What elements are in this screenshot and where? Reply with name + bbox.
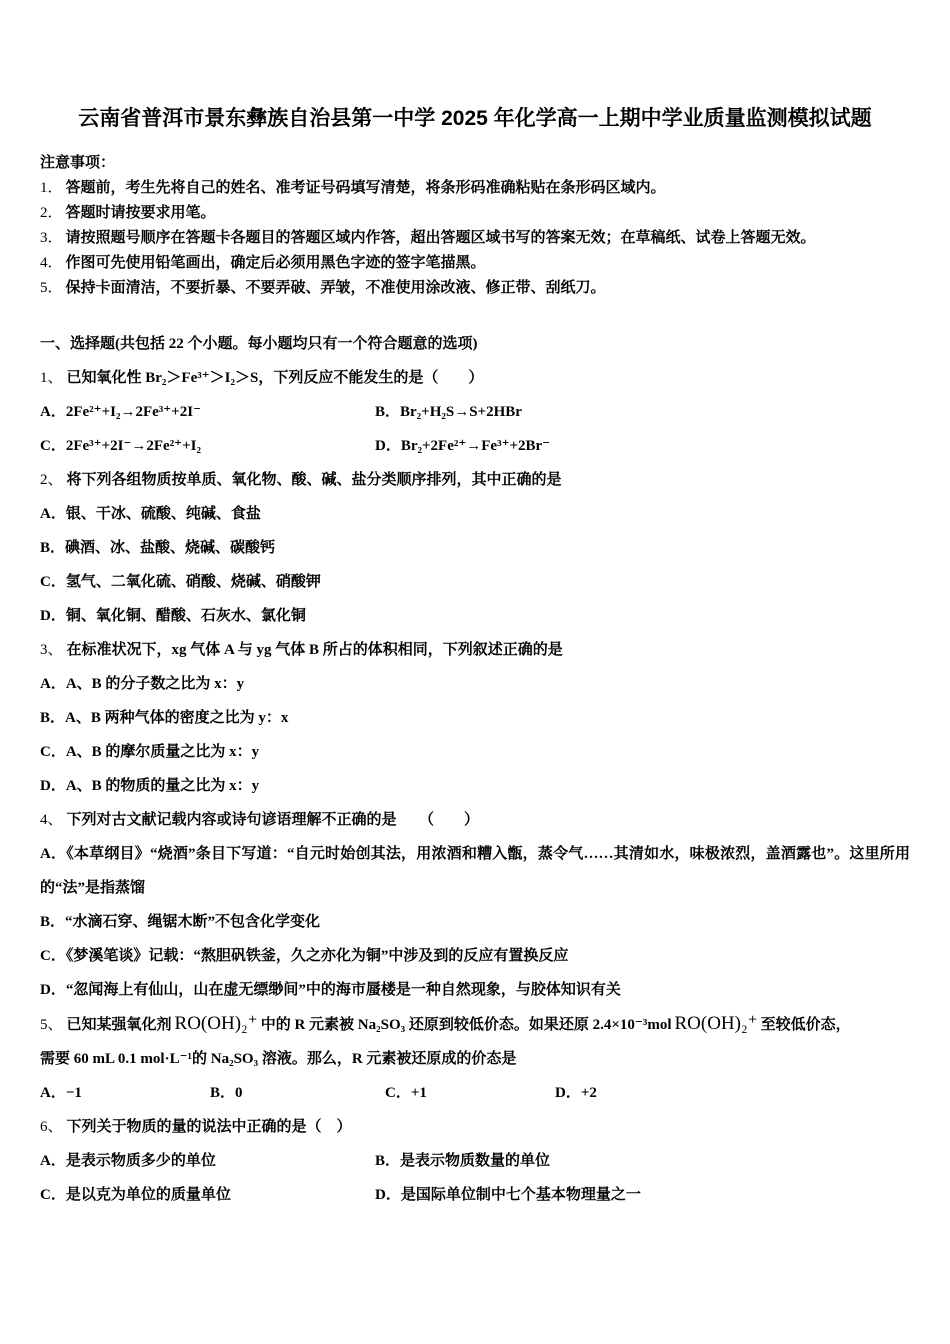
question-text-part: 已知某强氧化剂 [67,1017,172,1033]
question-text-part: 将下列各组物质按单质、氧化物、酸、碱、盐分类顺序排列，其中正确的是 [67,472,562,488]
page-title: 云南省普洱市景东彝族自治县第一中学 2025 年化学高一上期中学业质量监测模拟试… [40,103,910,135]
options: A．2Fe²⁺+I₂→2Fe³⁺+2I⁻B．Br₂+H₂S→S+2HBrC．2F… [40,395,910,463]
option: A．银、干冰、硫酸、纯碱、食盐 [40,497,910,531]
notice-item-text: 请按照题号顺序在答题卡各题目的答题区域内作答，超出答题区域书写的答案无效；在草稿… [66,230,816,246]
notice-item-text: 答题前，考生先将自己的姓名、准考证号码填写清楚，将条形码准确粘贴在条形码区域内。 [66,180,666,196]
notice-item-number: 1． [40,180,66,196]
options: A．−1B．0C．+1D．+2 [40,1076,910,1110]
option: A．是表示物质多少的单位 [40,1144,375,1178]
question-text-part: 至较低价态， [761,1017,851,1033]
option: C．2Fe³⁺+2I⁻→2Fe²⁺+I₂ [40,429,375,463]
option: B．“水滴石穿、绳锯木断”不包含化学变化 [40,905,910,939]
question-text-part: 中的 R 元素被 Na₂SO₃ 还原到较低价态。如果还原 2.4×10⁻³mol [261,1017,672,1033]
option: C．+1 [385,1076,555,1110]
option: C．氢气、二氧化硫、硝酸、烧碱、硝酸钾 [40,565,910,599]
question-1: 1、已知氧化性 Br₂＞Fe³⁺＞I₂＞S，下列反应不能发生的是（ ）A．2Fe… [40,361,910,463]
question-number: 2、 [40,472,67,488]
options: A．A、B 的分子数之比为 x：yB．A、B 两种气体的密度之比为 y：xC．A… [40,667,910,803]
notice-item: 3．请按照题号顺序在答题卡各题目的答题区域内作答，超出答题区域书写的答案无效；在… [40,226,910,251]
question-number: 3、 [40,642,67,658]
question-text: 6、下列关于物质的量的说法中正确的是（ ） [40,1110,910,1144]
section-heading: 一、选择题(共包括 22 个小题。每小题均只有一个符合题意的选项) [40,327,910,361]
option: D．+2 [555,1076,910,1110]
options: A．银、干冰、硫酸、纯碱、食盐B．碘酒、冰、盐酸、烧碱、碳酸钙C．氢气、二氧化硫… [40,497,910,633]
option: D．是国际单位制中七个基本物理量之一 [375,1178,910,1212]
question-2: 2、将下列各组物质按单质、氧化物、酸、碱、盐分类顺序排列，其中正确的是A．银、干… [40,463,910,633]
notice-item-number: 3． [40,230,66,246]
notice-item-number: 2． [40,205,66,221]
option: B．A、B 两种气体的密度之比为 y：x [40,701,910,735]
exam-page: { "page": { "title": "云南省普洱市景东彝族自治县第一中学 … [0,0,950,1344]
notice-item-number: 5． [40,280,66,296]
question-text: 5、已知某强氧化剂RO(OH)₂⁺中的 R 元素被 Na₂SO₃ 还原到较低价态… [40,1007,910,1042]
notice-item-text: 答题时请按要求用笔。 [66,205,216,221]
question-text-part: 在标准状况下，xg 气体 A 与 yg 气体 B 所占的体积相同，下列叙述正确的… [67,642,563,658]
question-number: 4、 [40,812,67,828]
question-number: 1、 [40,370,67,386]
option: C．《梦溪笔谈》记载：“熬胆矾铁釜，久之亦化为铜”中涉及到的反应有置换反应 [40,939,910,973]
question-text: 3、在标准状况下，xg 气体 A 与 yg 气体 B 所占的体积相同，下列叙述正… [40,633,910,667]
question-number: 6、 [40,1119,67,1135]
option: C．A、B 的摩尔质量之比为 x：y [40,735,910,769]
notice-item: 5．保持卡面清洁，不要折暴、不要弄破、弄皱，不准使用涂改液、修正带、刮纸刀。 [40,276,910,301]
question-number: 5、 [40,1017,67,1033]
option: D．A、B 的物质的量之比为 x：y [40,769,910,803]
question-text-part: 已知氧化性 Br₂＞Fe³⁺＞I₂＞S，下列反应不能发生的是（ ） [67,370,484,386]
option: D．“忽闻海上有仙山，山在虚无缥缈间”中的海市蜃楼是一种自然现象，与胶体知识有关 [40,973,910,1007]
question-4: 4、下列对古文献记载内容或诗句谚语理解不正确的是 （ ）A．《本草纲目》“烧酒”… [40,803,910,1007]
options: A．《本草纲目》“烧酒”条目下写道：“自元时始创其法，用浓酒和糟入甑，蒸令气……… [40,837,910,1007]
question-3: 3、在标准状况下，xg 气体 A 与 yg 气体 B 所占的体积相同，下列叙述正… [40,633,910,803]
question-text: 2、将下列各组物质按单质、氧化物、酸、碱、盐分类顺序排列，其中正确的是 [40,463,910,497]
notice-heading: 注意事项： [40,151,910,176]
question-text: 4、下列对古文献记载内容或诗句谚语理解不正确的是 （ ） [40,803,910,837]
question-6: 6、下列关于物质的量的说法中正确的是（ ）A．是表示物质多少的单位B．是表示物质… [40,1110,910,1212]
options: A．是表示物质多少的单位B．是表示物质数量的单位C．是以克为单位的质量单位D．是… [40,1144,910,1212]
option: A．2Fe²⁺+I₂→2Fe³⁺+2I⁻ [40,395,375,429]
option: B．Br₂+H₂S→S+2HBr [375,395,910,429]
chemical-formula: RO(OH)₂⁺ [172,1013,261,1034]
notice-item: 1．答题前，考生先将自己的姓名、准考证号码填写清楚，将条形码准确粘贴在条形码区域… [40,176,910,201]
notice-section: 注意事项： 1．答题前，考生先将自己的姓名、准考证号码填写清楚，将条形码准确粘贴… [40,151,910,301]
notice-item-text: 作图可先使用铅笔画出，确定后必须用黑色字迹的签字笔描黑。 [66,255,486,271]
question-text-part: 下列关于物质的量的说法中正确的是（ ） [67,1119,352,1135]
option: A．A、B 的分子数之比为 x：y [40,667,910,701]
notice-item-text: 保持卡面清洁，不要折暴、不要弄破、弄皱，不准使用涂改液、修正带、刮纸刀。 [66,280,606,296]
document: 云南省普洱市景东彝族自治县第一中学 2025 年化学高一上期中学业质量监测模拟试… [0,103,950,1212]
chemical-formula: RO(OH)₂⁺ [671,1013,760,1034]
option: B．0 [210,1076,385,1110]
option: D．Br₂+2Fe²⁺→Fe³⁺+2Br⁻ [375,429,910,463]
question-5: 5、已知某强氧化剂RO(OH)₂⁺中的 R 元素被 Na₂SO₃ 还原到较低价态… [40,1007,910,1110]
option: D．铜、氧化铜、醋酸、石灰水、氯化铜 [40,599,910,633]
option: C．是以克为单位的质量单位 [40,1178,375,1212]
notice-list: 1．答题前，考生先将自己的姓名、准考证号码填写清楚，将条形码准确粘贴在条形码区域… [40,176,910,301]
question-text-line2: 需要 60 mL 0.1 mol·L⁻¹的 Na₂SO₃ 溶液。那么，R 元素被… [40,1042,910,1076]
question-text-part: 下列对古文献记载内容或诗句谚语理解不正确的是 （ ） [67,812,480,828]
option: B．是表示物质数量的单位 [375,1144,910,1178]
notice-item: 4．作图可先使用铅笔画出，确定后必须用黑色字迹的签字笔描黑。 [40,251,910,276]
questions-area: 1、已知氧化性 Br₂＞Fe³⁺＞I₂＞S，下列反应不能发生的是（ ）A．2Fe… [40,361,910,1212]
option: A．−1 [40,1076,210,1110]
option: A．《本草纲目》“烧酒”条目下写道：“自元时始创其法，用浓酒和糟入甑，蒸令气……… [40,837,910,905]
choice-section: 一、选择题(共包括 22 个小题。每小题均只有一个符合题意的选项) 1、已知氧化… [40,327,910,1212]
option: B．碘酒、冰、盐酸、烧碱、碳酸钙 [40,531,910,565]
question-text: 1、已知氧化性 Br₂＞Fe³⁺＞I₂＞S，下列反应不能发生的是（ ） [40,361,910,395]
notice-item: 2．答题时请按要求用笔。 [40,201,910,226]
notice-item-number: 4． [40,255,66,271]
